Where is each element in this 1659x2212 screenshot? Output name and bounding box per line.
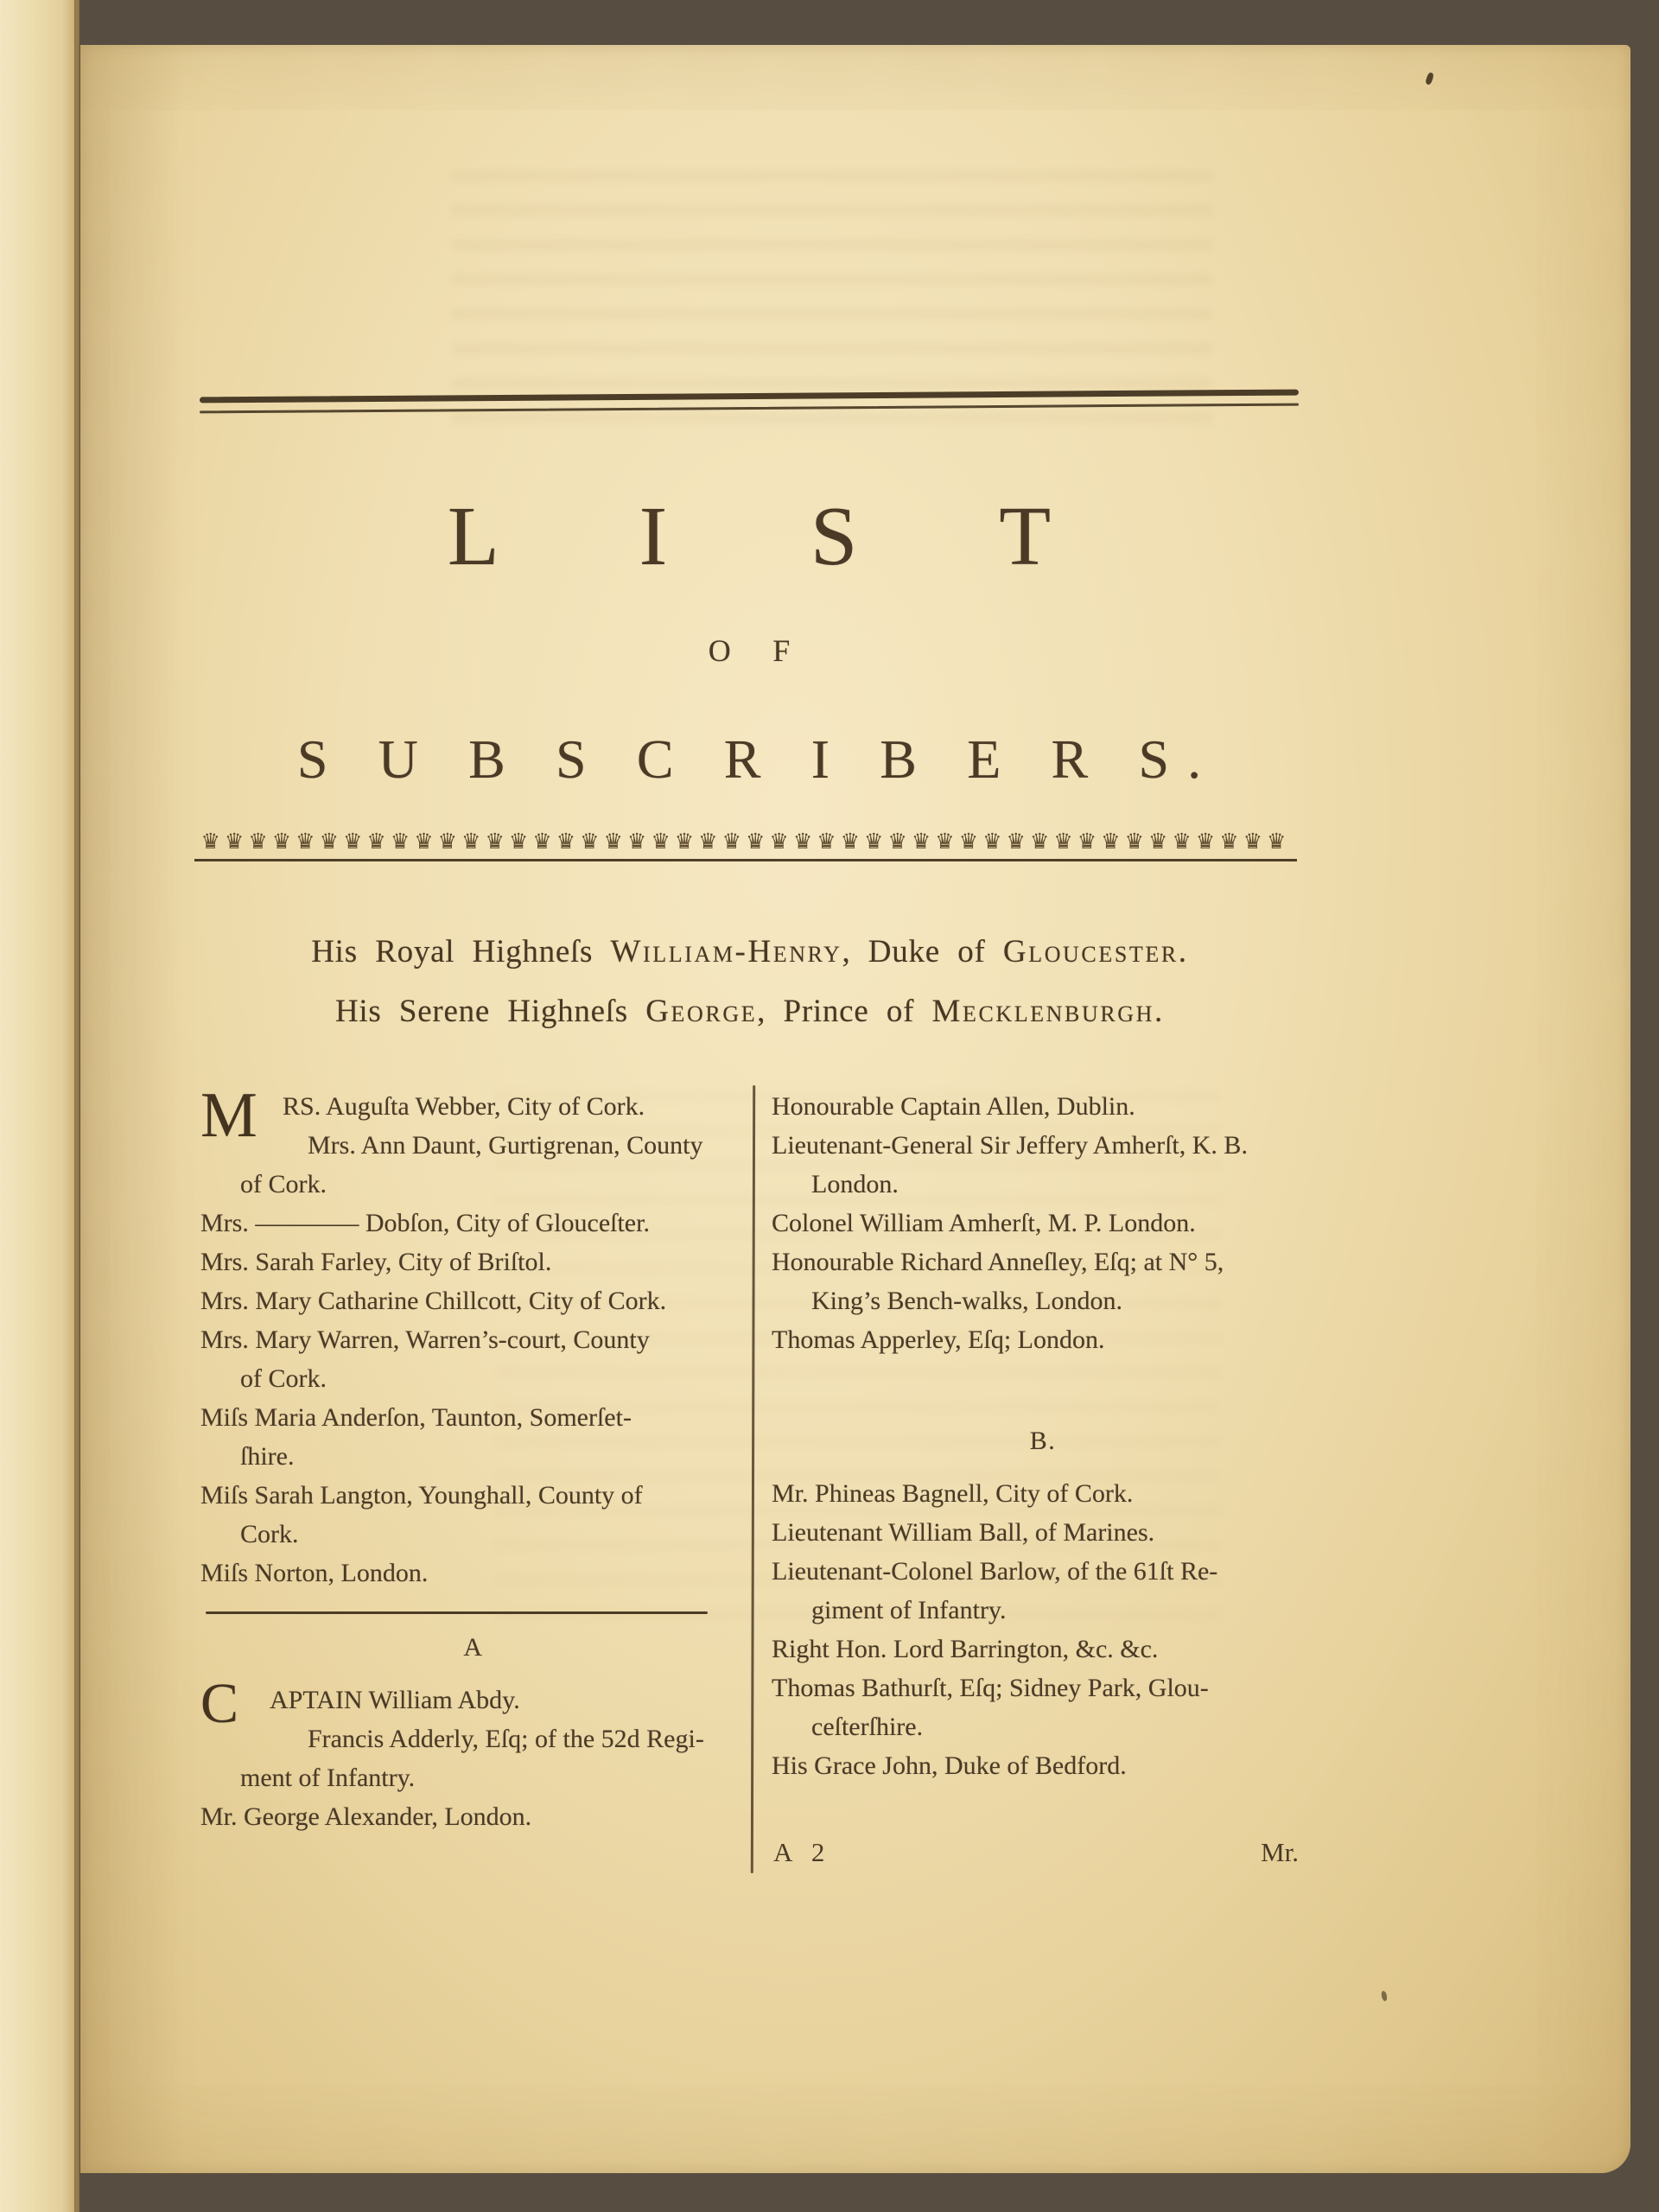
list-item: CAPTAIN William Abdy.	[200, 1681, 747, 1719]
list-item: Mr. Phineas Bagnell, City of Cork.	[772, 1474, 1314, 1513]
list-item: Colonel William Amherſt, M. P. London.	[772, 1204, 1314, 1243]
dedication-text: .	[1179, 934, 1187, 969]
head-double-rule	[200, 390, 1299, 414]
list-item: giment of Infantry.	[772, 1591, 1314, 1630]
dedication-text: , Prince of	[757, 994, 931, 1029]
list-item: London.	[772, 1165, 1314, 1204]
gutter-shadow	[80, 45, 184, 2173]
ink-speck	[1381, 1991, 1388, 2002]
list-item: Lieutenant-Colonel Barlow, of the 61ſt R…	[772, 1552, 1314, 1591]
dedication-line: His Royal Highneſs William-Henry, Duke o…	[200, 931, 1299, 972]
list-item: Miſs Sarah Langton, Younghall, County of	[200, 1476, 747, 1515]
dedication-text: His Serene Highneſs	[335, 994, 645, 1029]
head-rule-thick	[200, 390, 1299, 404]
list-item: ſhire.	[200, 1437, 747, 1476]
catchword: Mr.	[1186, 1837, 1299, 1868]
list-item: Miſs Norton, London.	[200, 1554, 747, 1592]
list-item-text: RS. Auguſta Webber, City of Cork.	[283, 1092, 645, 1121]
list-item: Lieutenant-General Sir Jeffery Amherſt, …	[772, 1126, 1314, 1165]
list-item: ceſterſhire.	[772, 1707, 1314, 1746]
dedication-text: , Duke of	[842, 934, 1002, 969]
section-letter-heading: A	[200, 1628, 747, 1667]
signature-mark: A 2	[773, 1837, 831, 1868]
column-spacer	[772, 1359, 1314, 1420]
subscriber-column-left: MRS. Auguſta Webber, City of Cork.Mrs. A…	[200, 1087, 747, 1836]
list-item: Honourable Richard Anneſley, Eſq; at N° …	[772, 1243, 1314, 1281]
list-item: His Grace John, Duke of Bedford.	[772, 1746, 1314, 1785]
list-item: Mrs. Sarah Farley, City of Briſtol.	[200, 1243, 747, 1281]
list-item: Cork.	[200, 1515, 747, 1554]
list-item: Thomas Apperley, Eſq; London.	[772, 1320, 1314, 1359]
page-title-of: O F	[200, 635, 1299, 666]
book-page-edges	[0, 0, 79, 2212]
royal-dedication: His Royal Highneſs William-Henry, Duke o…	[200, 931, 1299, 1051]
page-title: L I S T	[200, 494, 1299, 579]
head-rule-thin	[200, 404, 1299, 414]
book-page: L I S T O F S U B S C R I B E R S. ♛♛♛♛♛…	[80, 45, 1630, 2173]
list-item: Mrs. ———— Dobſon, City of Glouceſter.	[200, 1204, 747, 1243]
list-item: Thomas Bathurſt, Eſq; Sidney Park, Glou-	[772, 1669, 1314, 1707]
list-item: Francis Adderly, Eſq; of the 52d Regi-	[200, 1719, 747, 1758]
book-photo: { "photo": { "background_color": "#574d4…	[0, 0, 1659, 2212]
list-item: Mrs. Mary Catharine Chillcott, City of C…	[200, 1281, 747, 1320]
dedication-name-smallcaps: William-Henry	[611, 934, 842, 969]
list-item: Lieutenant William Ball, of Marines.	[772, 1513, 1314, 1552]
drop-cap: M	[200, 1084, 257, 1147]
list-item: ment of Infantry.	[200, 1758, 747, 1797]
dedication-name-smallcaps: Mecklenburgh	[931, 994, 1154, 1029]
list-item: Mrs. Ann Daunt, Gurtigrenan, County	[200, 1126, 747, 1165]
list-item: King’s Bench-walks, London.	[772, 1281, 1314, 1320]
list-item: Right Hon. Lord Barrington, &c. &c.	[772, 1630, 1314, 1669]
dedication-text: His Royal Highneſs	[311, 934, 610, 969]
section-letter-heading: B.	[772, 1421, 1314, 1460]
list-item: Mr. George Alexander, London.	[200, 1797, 747, 1836]
column-section-rule	[206, 1611, 708, 1614]
column-divider-rule	[751, 1085, 755, 1873]
list-item: of Cork.	[200, 1359, 747, 1398]
list-item-text: APTAIN William Abdy.	[270, 1686, 520, 1714]
dedication-name-smallcaps: George	[645, 994, 757, 1029]
fleuron-ornament-band: ♛♛♛♛♛♛♛♛♛♛♛♛♛♛♛♛♛♛♛♛♛♛♛♛♛♛♛♛♛♛♛♛♛♛♛♛♛♛♛♛…	[194, 829, 1297, 861]
dedication-text: .	[1154, 994, 1163, 1029]
list-item: Honourable Captain Allen, Dublin.	[772, 1087, 1314, 1126]
page-title-subscribers: S U B S C R I B E R S.	[200, 732, 1299, 787]
dedication-name-smallcaps: Gloucester	[1003, 934, 1179, 969]
book-gutter-crease	[74, 0, 80, 2212]
list-item: Miſs Maria Anderſon, Taunton, Somerſet-	[200, 1398, 747, 1437]
drop-cap: C	[200, 1675, 238, 1732]
ink-speck	[1425, 72, 1434, 85]
list-item: of Cork.	[200, 1165, 747, 1204]
list-item: MRS. Auguſta Webber, City of Cork.	[200, 1087, 747, 1126]
subscriber-column-right: Honourable Captain Allen, Dublin.Lieuten…	[772, 1087, 1314, 1785]
list-item: Mrs. Mary Warren, Warren’s-court, County	[200, 1320, 747, 1359]
dedication-line: His Serene Highneſs George, Prince of Me…	[200, 991, 1299, 1032]
